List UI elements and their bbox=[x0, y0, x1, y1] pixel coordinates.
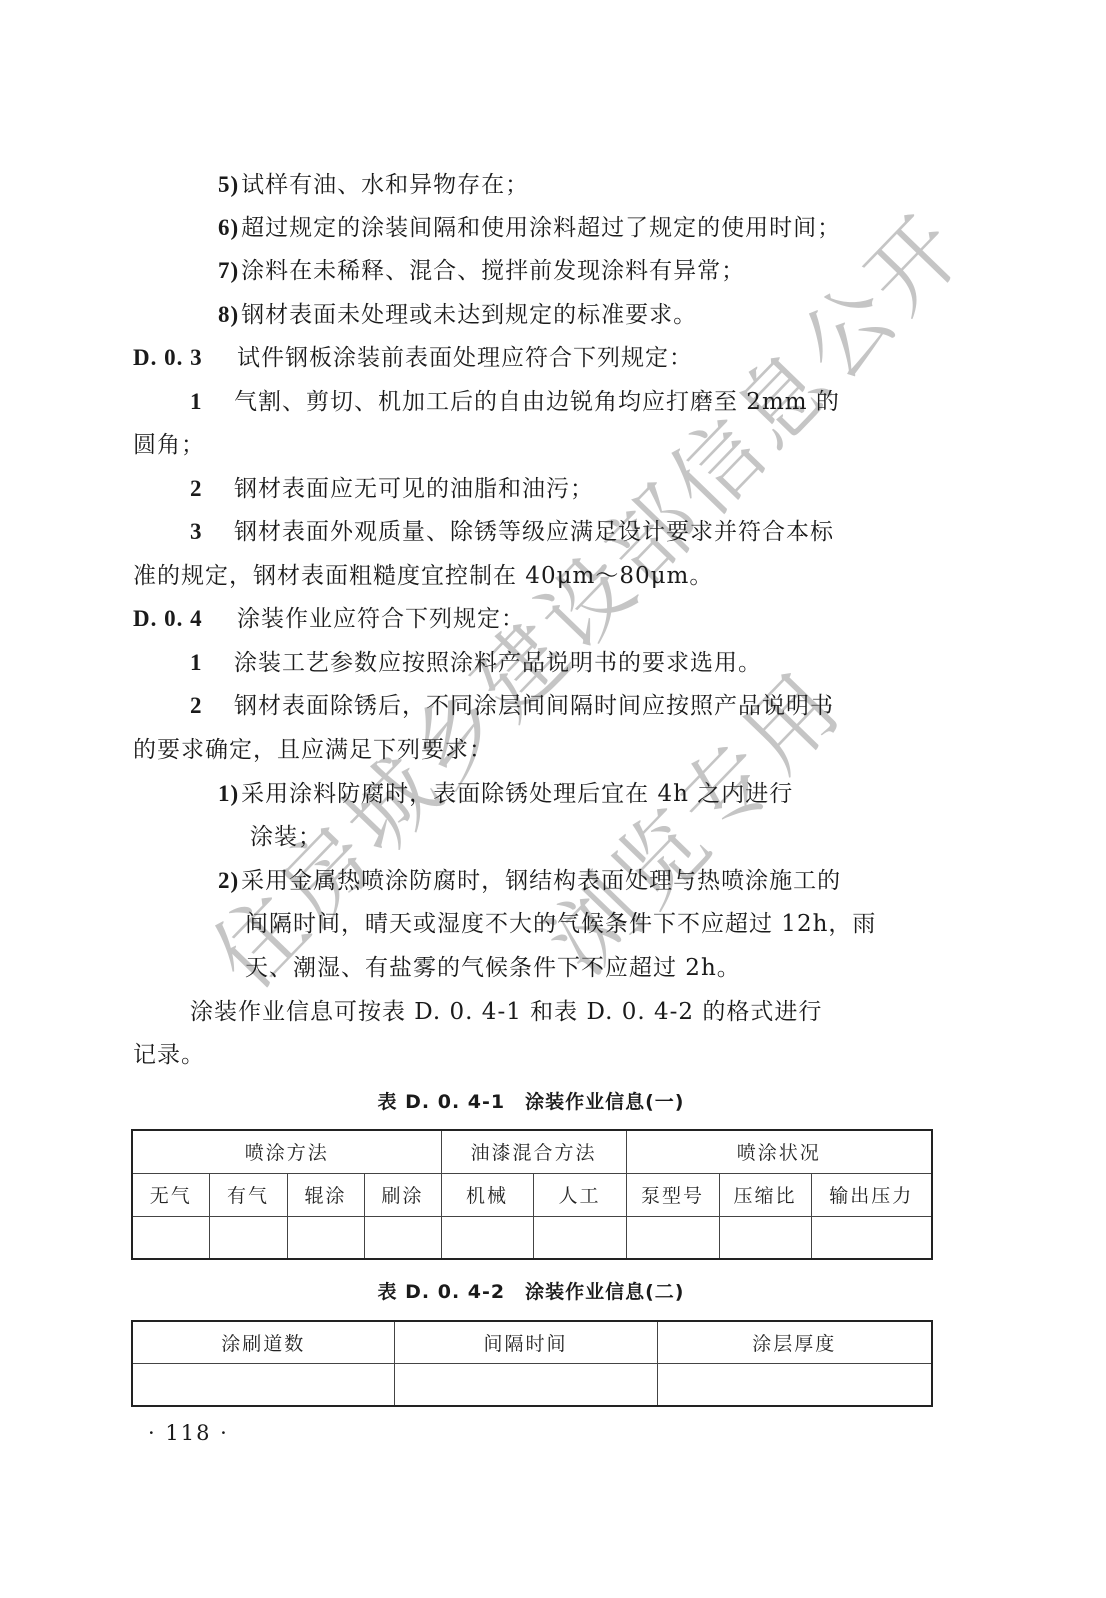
table1-cell bbox=[441, 1216, 533, 1259]
clause-item-number: 2 bbox=[190, 474, 232, 504]
list-item-text: 涂料在未稀释、混合、搅拌前发现涂料有异常； bbox=[241, 258, 745, 284]
table1-col-header: 压缩比 bbox=[719, 1173, 811, 1216]
list-item: 7)涂料在未稀释、混合、搅拌前发现涂料有异常； bbox=[218, 256, 745, 286]
closing-paragraph: 涂装作业信息可按表 D. 0. 4-1 和表 D. 0. 4-2 的格式进行 bbox=[190, 997, 822, 1027]
table1-cell bbox=[132, 1216, 209, 1259]
sub-item-text: 采用金属热喷涂防腐时，钢结构表面处理与热喷涂施工的 bbox=[241, 868, 841, 894]
table2: 涂刷道数 间隔时间 涂层厚度 bbox=[131, 1320, 933, 1407]
table1-cell bbox=[364, 1216, 441, 1259]
table-row bbox=[132, 1363, 932, 1406]
clause-item: 3钢材表面外观质量、除锈等级应满足设计要求并符合本标 bbox=[190, 517, 834, 547]
clause-heading-d04: D. 0. 4涂装作业应符合下列规定： bbox=[133, 604, 525, 634]
clause-item: 2钢材表面除锈后，不同涂层间间隔时间应按照产品说明书 bbox=[190, 691, 834, 721]
table-row bbox=[132, 1216, 932, 1259]
list-item: 5)试样有油、水和异物存在； bbox=[218, 170, 529, 200]
list-item-number: 5) bbox=[218, 172, 239, 197]
clause-item: 1涂装工艺参数应按照涂料产品说明书的要求选用。 bbox=[190, 648, 762, 678]
sub-item-number: 2) bbox=[218, 868, 239, 893]
table1-col-header: 辊涂 bbox=[287, 1173, 364, 1216]
clause-number: D. 0. 4 bbox=[133, 604, 237, 634]
table1-caption: 表 D. 0. 4-1 涂装作业信息(一) bbox=[131, 1087, 931, 1114]
list-item: 8)钢材表面未处理或未达到规定的标准要求。 bbox=[218, 300, 697, 330]
clause-number: D. 0. 3 bbox=[133, 343, 237, 373]
table1-col-header: 机械 bbox=[441, 1173, 533, 1216]
document-page: 住房城乡建设部信息公开 浏览专用 5)试样有油、水和异物存在； 6)超过规定的涂… bbox=[0, 0, 1106, 1598]
clause-item: 1气割、剪切、机加工后的自由边锐角均应打磨至 2mm 的 bbox=[190, 387, 840, 417]
sub-item: 2)采用金属热喷涂防腐时，钢结构表面处理与热喷涂施工的 bbox=[218, 866, 841, 896]
table1-cell bbox=[811, 1216, 932, 1259]
clause-item-text: 钢材表面外观质量、除锈等级应满足设计要求并符合本标 bbox=[234, 519, 834, 545]
table1-cell bbox=[533, 1216, 626, 1259]
clause-item-number: 1 bbox=[190, 387, 232, 417]
table1-group-mixing-method: 油漆混合方法 bbox=[441, 1130, 626, 1173]
table2-col-header: 涂层厚度 bbox=[657, 1321, 932, 1363]
table2-col-header: 涂刷道数 bbox=[132, 1321, 394, 1363]
list-item-text: 超过规定的涂装间隔和使用涂料超过了规定的使用时间； bbox=[241, 215, 841, 241]
list-item-number: 7) bbox=[218, 258, 239, 283]
clause-item-number: 2 bbox=[190, 691, 232, 721]
clause-item-continuation: 准的规定，钢材表面粗糙度宜控制在 40μm～80μm。 bbox=[133, 561, 713, 591]
clause-heading-d03: D. 0. 3试件钢板涂装前表面处理应符合下列规定： bbox=[133, 343, 693, 373]
table2-cell bbox=[394, 1363, 657, 1406]
sub-item-continuation: 间隔时间，晴天或湿度不大的气候条件下不应超过 12h，雨 bbox=[245, 909, 876, 939]
list-item-number: 8) bbox=[218, 302, 239, 327]
list-item-text: 钢材表面未处理或未达到规定的标准要求。 bbox=[241, 302, 697, 328]
table2-cell bbox=[657, 1363, 932, 1406]
sub-item-number: 1) bbox=[218, 781, 239, 806]
table1-cell bbox=[209, 1216, 287, 1259]
sub-item-continuation: 涂装； bbox=[250, 822, 322, 852]
clause-item-text: 钢材表面应无可见的油脂和油污； bbox=[234, 476, 594, 502]
list-item: 6)超过规定的涂装间隔和使用涂料超过了规定的使用时间； bbox=[218, 213, 841, 243]
list-item-text: 试样有油、水和异物存在； bbox=[241, 172, 529, 198]
table1-group-spray-method: 喷涂方法 bbox=[132, 1130, 441, 1173]
clause-title: 涂装作业应符合下列规定： bbox=[237, 606, 525, 632]
table2-caption: 表 D. 0. 4-2 涂装作业信息(二) bbox=[131, 1277, 931, 1304]
clause-item-number: 3 bbox=[190, 517, 232, 547]
clause-item-text: 气割、剪切、机加工后的自由边锐角均应打磨至 2mm 的 bbox=[234, 389, 840, 415]
sub-item: 1)采用涂料防腐时，表面除锈处理后宜在 4h 之内进行 bbox=[218, 779, 793, 809]
clause-item-continuation: 的要求确定，且应满足下列要求： bbox=[133, 735, 493, 765]
table1-col-header: 刷涂 bbox=[364, 1173, 441, 1216]
table1-col-header: 无气 bbox=[132, 1173, 209, 1216]
closing-paragraph-continuation: 记录。 bbox=[133, 1040, 205, 1070]
table1: 喷涂方法 油漆混合方法 喷涂状况 无气 有气 辊涂 刷涂 机械 人工 泵型号 压… bbox=[131, 1129, 933, 1260]
table1-cell bbox=[719, 1216, 811, 1259]
page-number: · 118 · bbox=[148, 1421, 229, 1445]
table1-col-header: 有气 bbox=[209, 1173, 287, 1216]
table1-col-header: 输出压力 bbox=[811, 1173, 932, 1216]
clause-title: 试件钢板涂装前表面处理应符合下列规定： bbox=[237, 345, 693, 371]
table1-col-header: 泵型号 bbox=[626, 1173, 719, 1216]
clause-item-text: 涂装工艺参数应按照涂料产品说明书的要求选用。 bbox=[234, 650, 762, 676]
table2-cell bbox=[132, 1363, 394, 1406]
table2-col-header: 间隔时间 bbox=[394, 1321, 657, 1363]
sub-item-continuation: 天、潮湿、有盐雾的气候条件下不应超过 2h。 bbox=[245, 953, 741, 983]
clause-item: 2钢材表面应无可见的油脂和油污； bbox=[190, 474, 594, 504]
clause-item-text: 钢材表面除锈后，不同涂层间间隔时间应按照产品说明书 bbox=[234, 693, 834, 719]
clause-item-number: 1 bbox=[190, 648, 232, 678]
clause-item-continuation: 圆角； bbox=[133, 430, 205, 460]
table1-group-spray-status: 喷涂状况 bbox=[626, 1130, 932, 1173]
sub-item-text: 采用涂料防腐时，表面除锈处理后宜在 4h 之内进行 bbox=[241, 781, 793, 807]
table1-cell bbox=[287, 1216, 364, 1259]
table1-cell bbox=[626, 1216, 719, 1259]
list-item-number: 6) bbox=[218, 215, 239, 240]
table1-col-header: 人工 bbox=[533, 1173, 626, 1216]
